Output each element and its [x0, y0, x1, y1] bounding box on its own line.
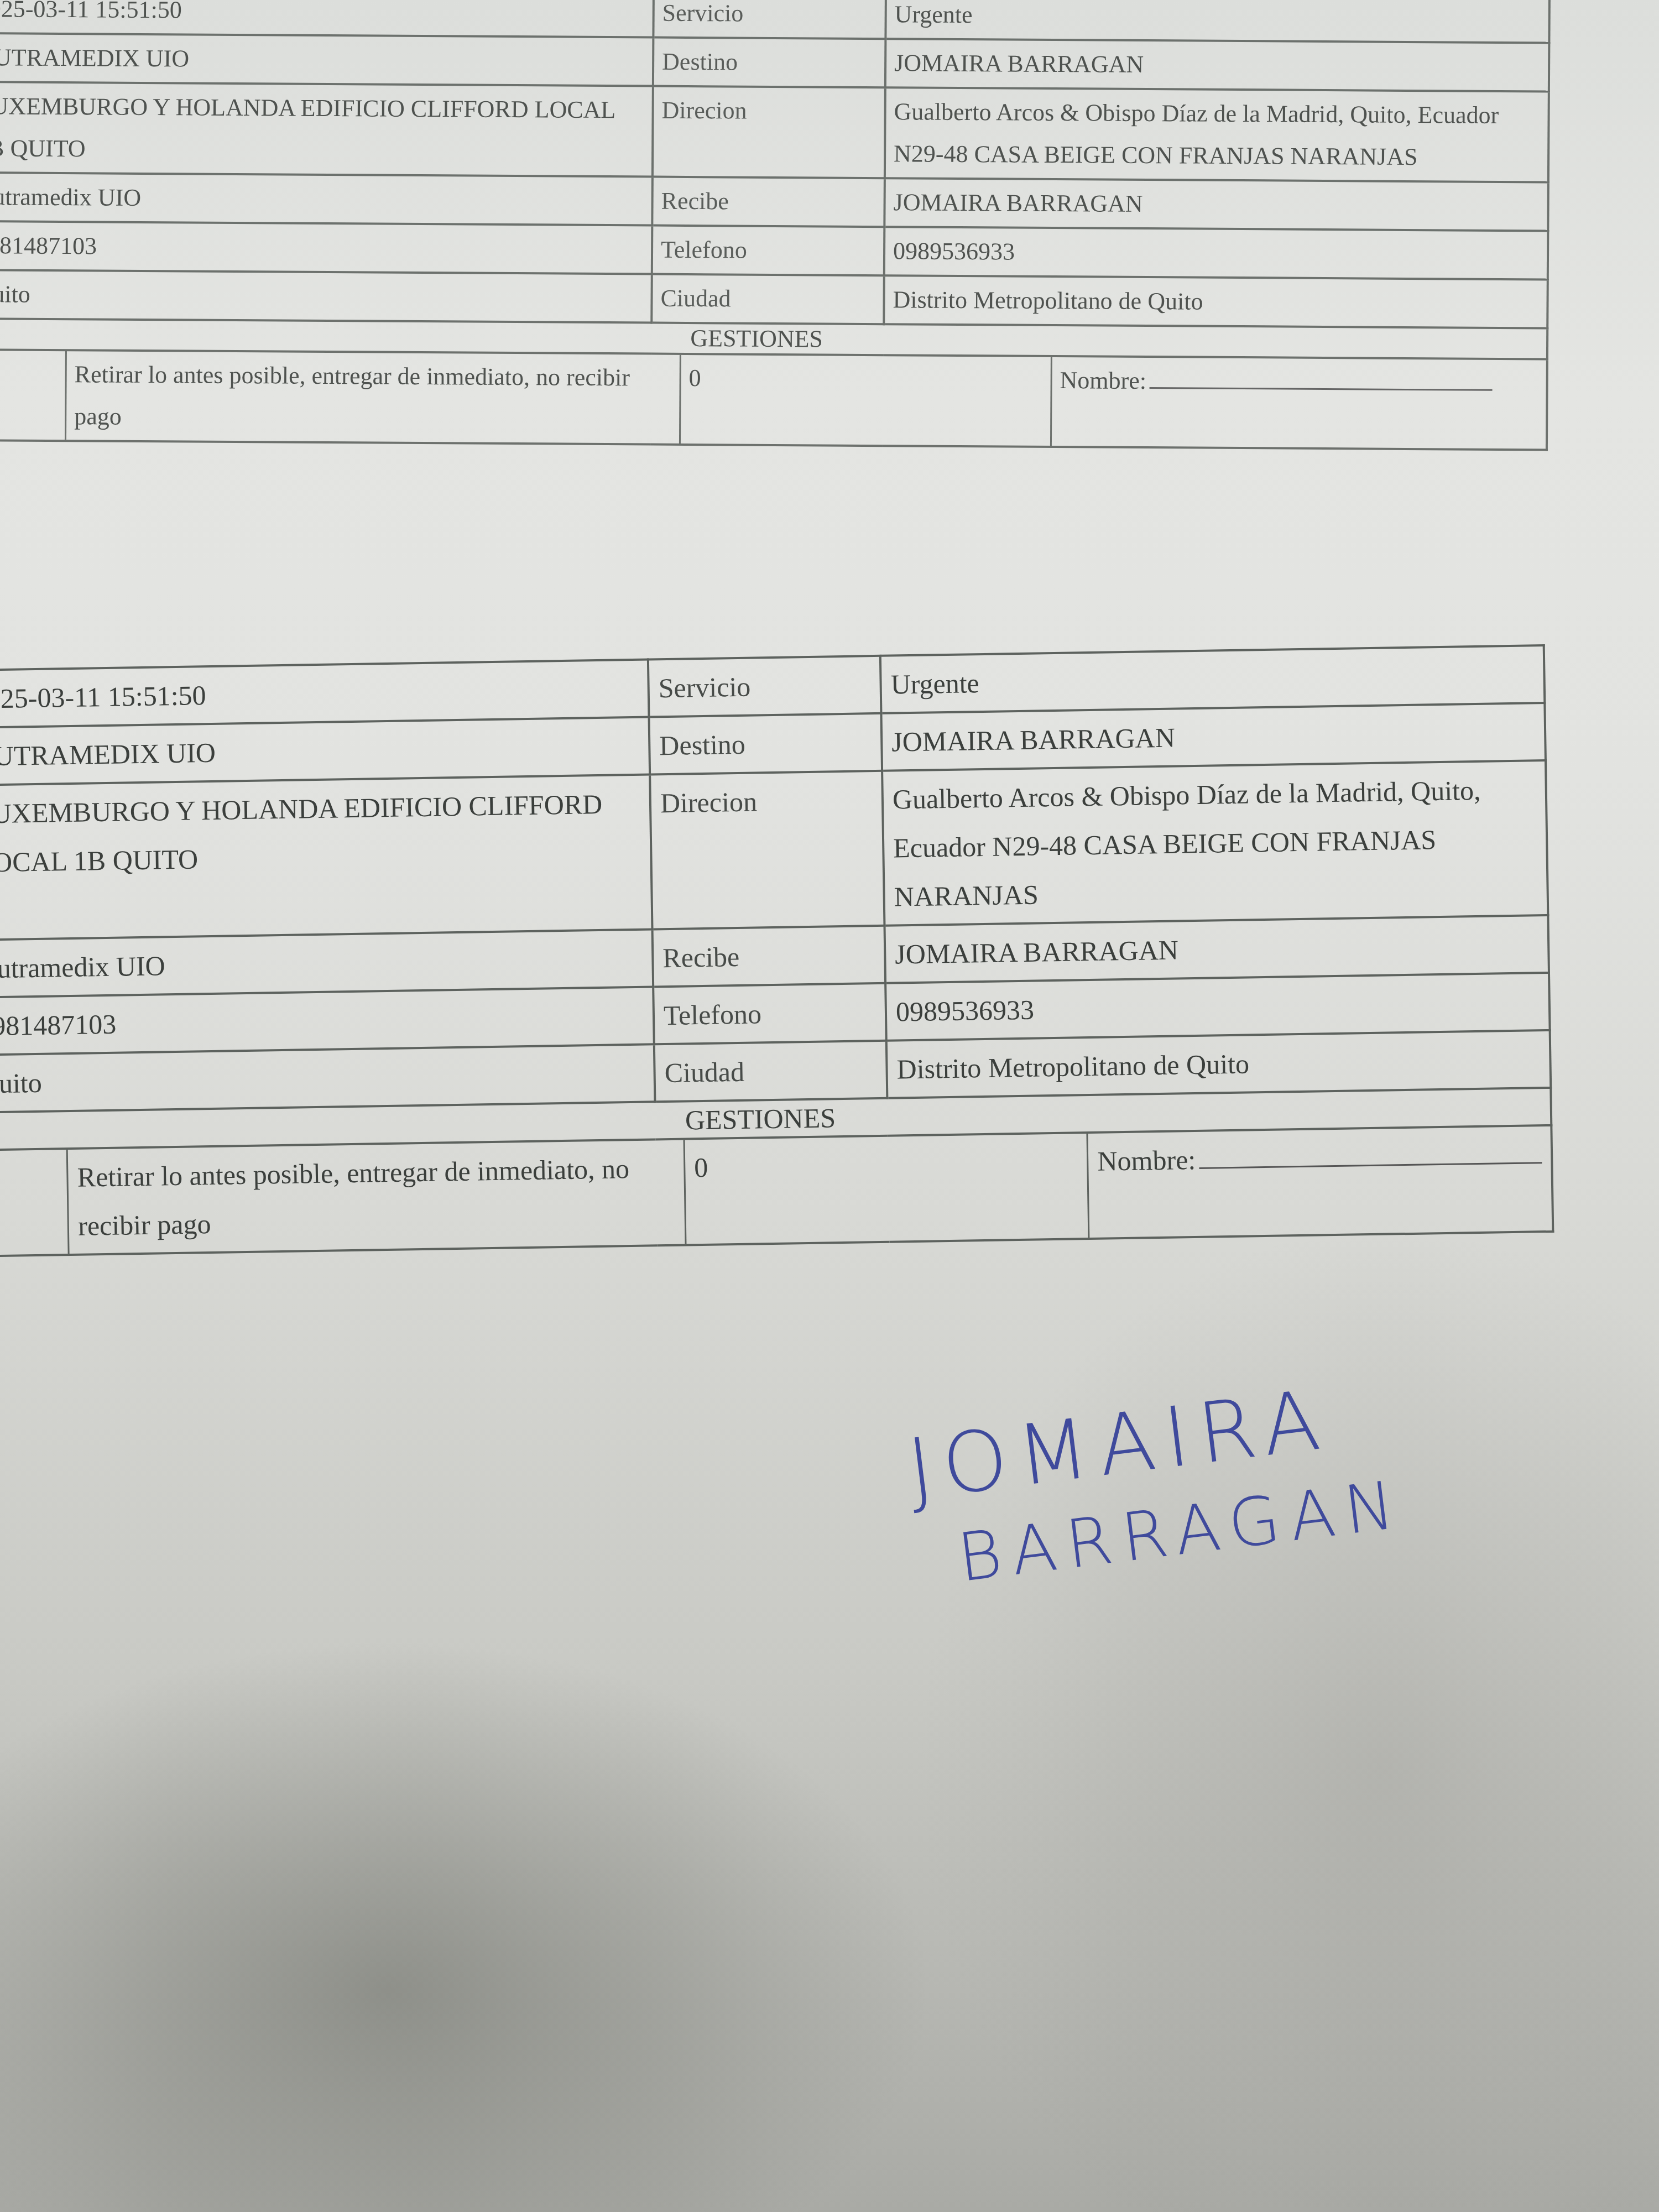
sender-phone: 0981487103	[0, 987, 654, 1055]
datetime: 2025-03-11 15:51:50	[0, 659, 649, 727]
label-recibe: Recibe	[653, 926, 886, 987]
gestion-valor: 0	[680, 355, 1051, 446]
label-ciudad: Ciudad	[651, 274, 884, 325]
sender-city: Quito	[0, 1044, 655, 1112]
value-recibe: JOMAIRA BARRAGAN	[884, 178, 1548, 231]
sender-name: NUTRAMEDIX UIO	[0, 717, 650, 785]
label-telefono: Telefono	[653, 983, 886, 1045]
datetime: 2025-03-11 15:51:50	[0, 0, 654, 38]
label-recibe: Recibe	[652, 177, 885, 227]
row-gestiones: Retirar lo antes posible, entregar de in…	[0, 349, 1547, 450]
handwritten-signature: JOMAIRA BARRAGAN	[903, 1365, 1410, 1611]
sender-address: LUXEMBURGO Y HOLANDA EDIFICIO CLIFFORD L…	[0, 82, 653, 177]
row-telefono: 0981487103 Telefono 0989536933	[0, 221, 1548, 279]
sender-contact: Nutramedix UIO	[0, 173, 653, 226]
label-destino: Destino	[653, 38, 886, 88]
value-recibe: JOMAIRA BARRAGAN	[884, 915, 1548, 983]
delivery-receipt-2: 2025-03-11 15:51:50 Servicio Urgente NUT…	[0, 644, 1554, 1258]
label-servicio: Servicio	[653, 0, 886, 39]
row-direccion: LUXEMBURGO Y HOLANDA EDIFICIO CLIFFORD L…	[0, 82, 1549, 182]
gestion-valor: 0	[684, 1134, 1089, 1244]
value-direccion: Gualberto Arcos & Obispo Díaz de la Madr…	[882, 760, 1548, 926]
gestion-blank-cell	[0, 351, 66, 440]
value-telefono: 0989536933	[884, 227, 1548, 279]
row-recibe: Nutramedix UIO Recibe JOMAIRA BARRAGAN	[0, 173, 1548, 231]
sender-contact: Nutramedix UIO	[0, 929, 653, 997]
row-direccion: LUXEMBURGO Y HOLANDA EDIFICIO CLIFFORD L…	[0, 760, 1548, 940]
delivery-receipt-1: 2025-03-11 15:51:50 Servicio Urgente NUT…	[0, 0, 1551, 451]
label-servicio: Servicio	[648, 656, 881, 717]
nombre-field: Nombre:	[1051, 357, 1546, 448]
value-destino: JOMAIRA BARRAGAN	[881, 703, 1545, 771]
gestion-blank-cell	[0, 1150, 69, 1255]
value-direccion: Gualberto Arcos & Obispo Díaz de la Madr…	[885, 87, 1549, 182]
sender-city: Quito	[0, 270, 652, 323]
nombre-field: Nombre:	[1087, 1126, 1552, 1238]
gestiones-grid: Retirar lo antes posible, entregar de in…	[0, 1126, 1552, 1255]
value-servicio: Urgente	[880, 645, 1545, 713]
value-telefono: 0989536933	[885, 973, 1550, 1041]
gestion-instruccion: Retirar lo antes posible, entregar de in…	[67, 1140, 686, 1254]
nombre-label: Nombre:	[1097, 1144, 1196, 1177]
gestiones-grid: Retirar lo antes posible, entregar de in…	[0, 351, 1546, 448]
sender-name: NUTRAMEDIX UIO	[0, 33, 653, 86]
value-servicio: Urgente	[885, 0, 1550, 43]
sender-address: LUXEMBURGO Y HOLANDA EDIFICIO CLIFFORD L…	[0, 774, 653, 940]
label-direccion: Direcion	[650, 771, 884, 930]
value-ciudad: Distrito Metropolitano de Quito	[886, 1030, 1551, 1098]
nombre-signature-line	[1150, 365, 1493, 391]
gestion-instruccion: Retirar lo antes posible, entregar de in…	[65, 351, 680, 444]
label-ciudad: Ciudad	[654, 1041, 888, 1102]
value-ciudad: Distrito Metropolitano de Quito	[884, 275, 1548, 328]
label-direccion: Direcion	[653, 86, 885, 179]
nombre-signature-line	[1199, 1140, 1542, 1169]
label-telefono: Telefono	[652, 226, 885, 276]
row-ciudad: Quito Ciudad Distrito Metropolitano de Q…	[0, 270, 1548, 328]
label-destino: Destino	[649, 713, 883, 775]
value-destino: JOMAIRA BARRAGAN	[885, 39, 1550, 91]
sender-phone: 0981487103	[0, 221, 652, 274]
row-destino: NUTRAMEDIX UIO Destino JOMAIRA BARRAGAN	[0, 33, 1549, 91]
nombre-label: Nombre:	[1060, 367, 1147, 394]
